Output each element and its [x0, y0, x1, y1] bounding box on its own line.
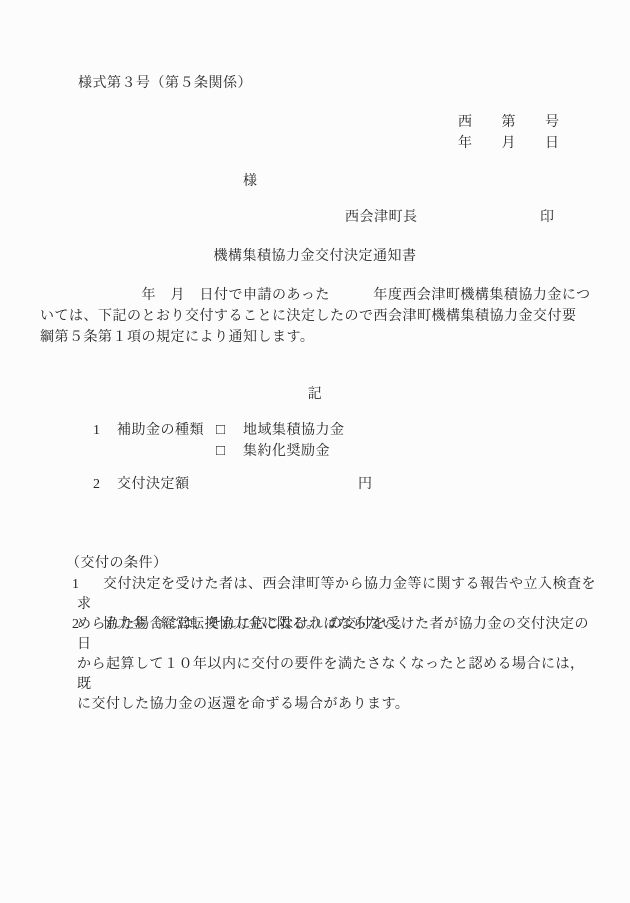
option-label-consolidation-incentive: 集約化奨励金 [243, 442, 330, 462]
reference-number-line: 西 第 号 [458, 113, 560, 133]
currency-unit-label: 円 [358, 475, 373, 495]
conditions-heading: （交付の条件） [66, 554, 168, 574]
item-label: 交付決定額 [117, 475, 190, 495]
item-number: 2 [93, 475, 101, 495]
checkbox-consolidation-incentive[interactable]: □ [216, 441, 226, 461]
seal-mark: 印 [540, 208, 555, 228]
body-paragraph: 年 月 日付で申請のあった 年度西会津町機構集積協力金につ いては、下記のとおり… [40, 285, 596, 348]
document-title: 機構集積協力金交付決定通知書 [0, 247, 630, 267]
checkbox-regional-accumulation[interactable]: □ [216, 420, 226, 440]
item-number: 1 [93, 421, 101, 441]
condition-text: 協力金（経営転換協力金に限る。）の交付を受けた者が協力金の交付決定の日 から起算… [77, 615, 597, 715]
option-label-regional-accumulation: 地域集積協力金 [243, 421, 345, 441]
addressee-honorific: 様 [243, 172, 258, 192]
sender-title: 西会津町長 [345, 208, 418, 228]
date-line: 年 月 日 [458, 134, 560, 154]
item-label: 補助金の種類 [117, 421, 204, 441]
document-page: 様式第３号（第５条関係） 西 第 号 年 月 日 様 西会津町長 印 機構集積協… [0, 0, 630, 903]
form-number-label: 様式第３号（第５条関係） [78, 74, 252, 94]
record-marker: 記 [0, 385, 630, 405]
